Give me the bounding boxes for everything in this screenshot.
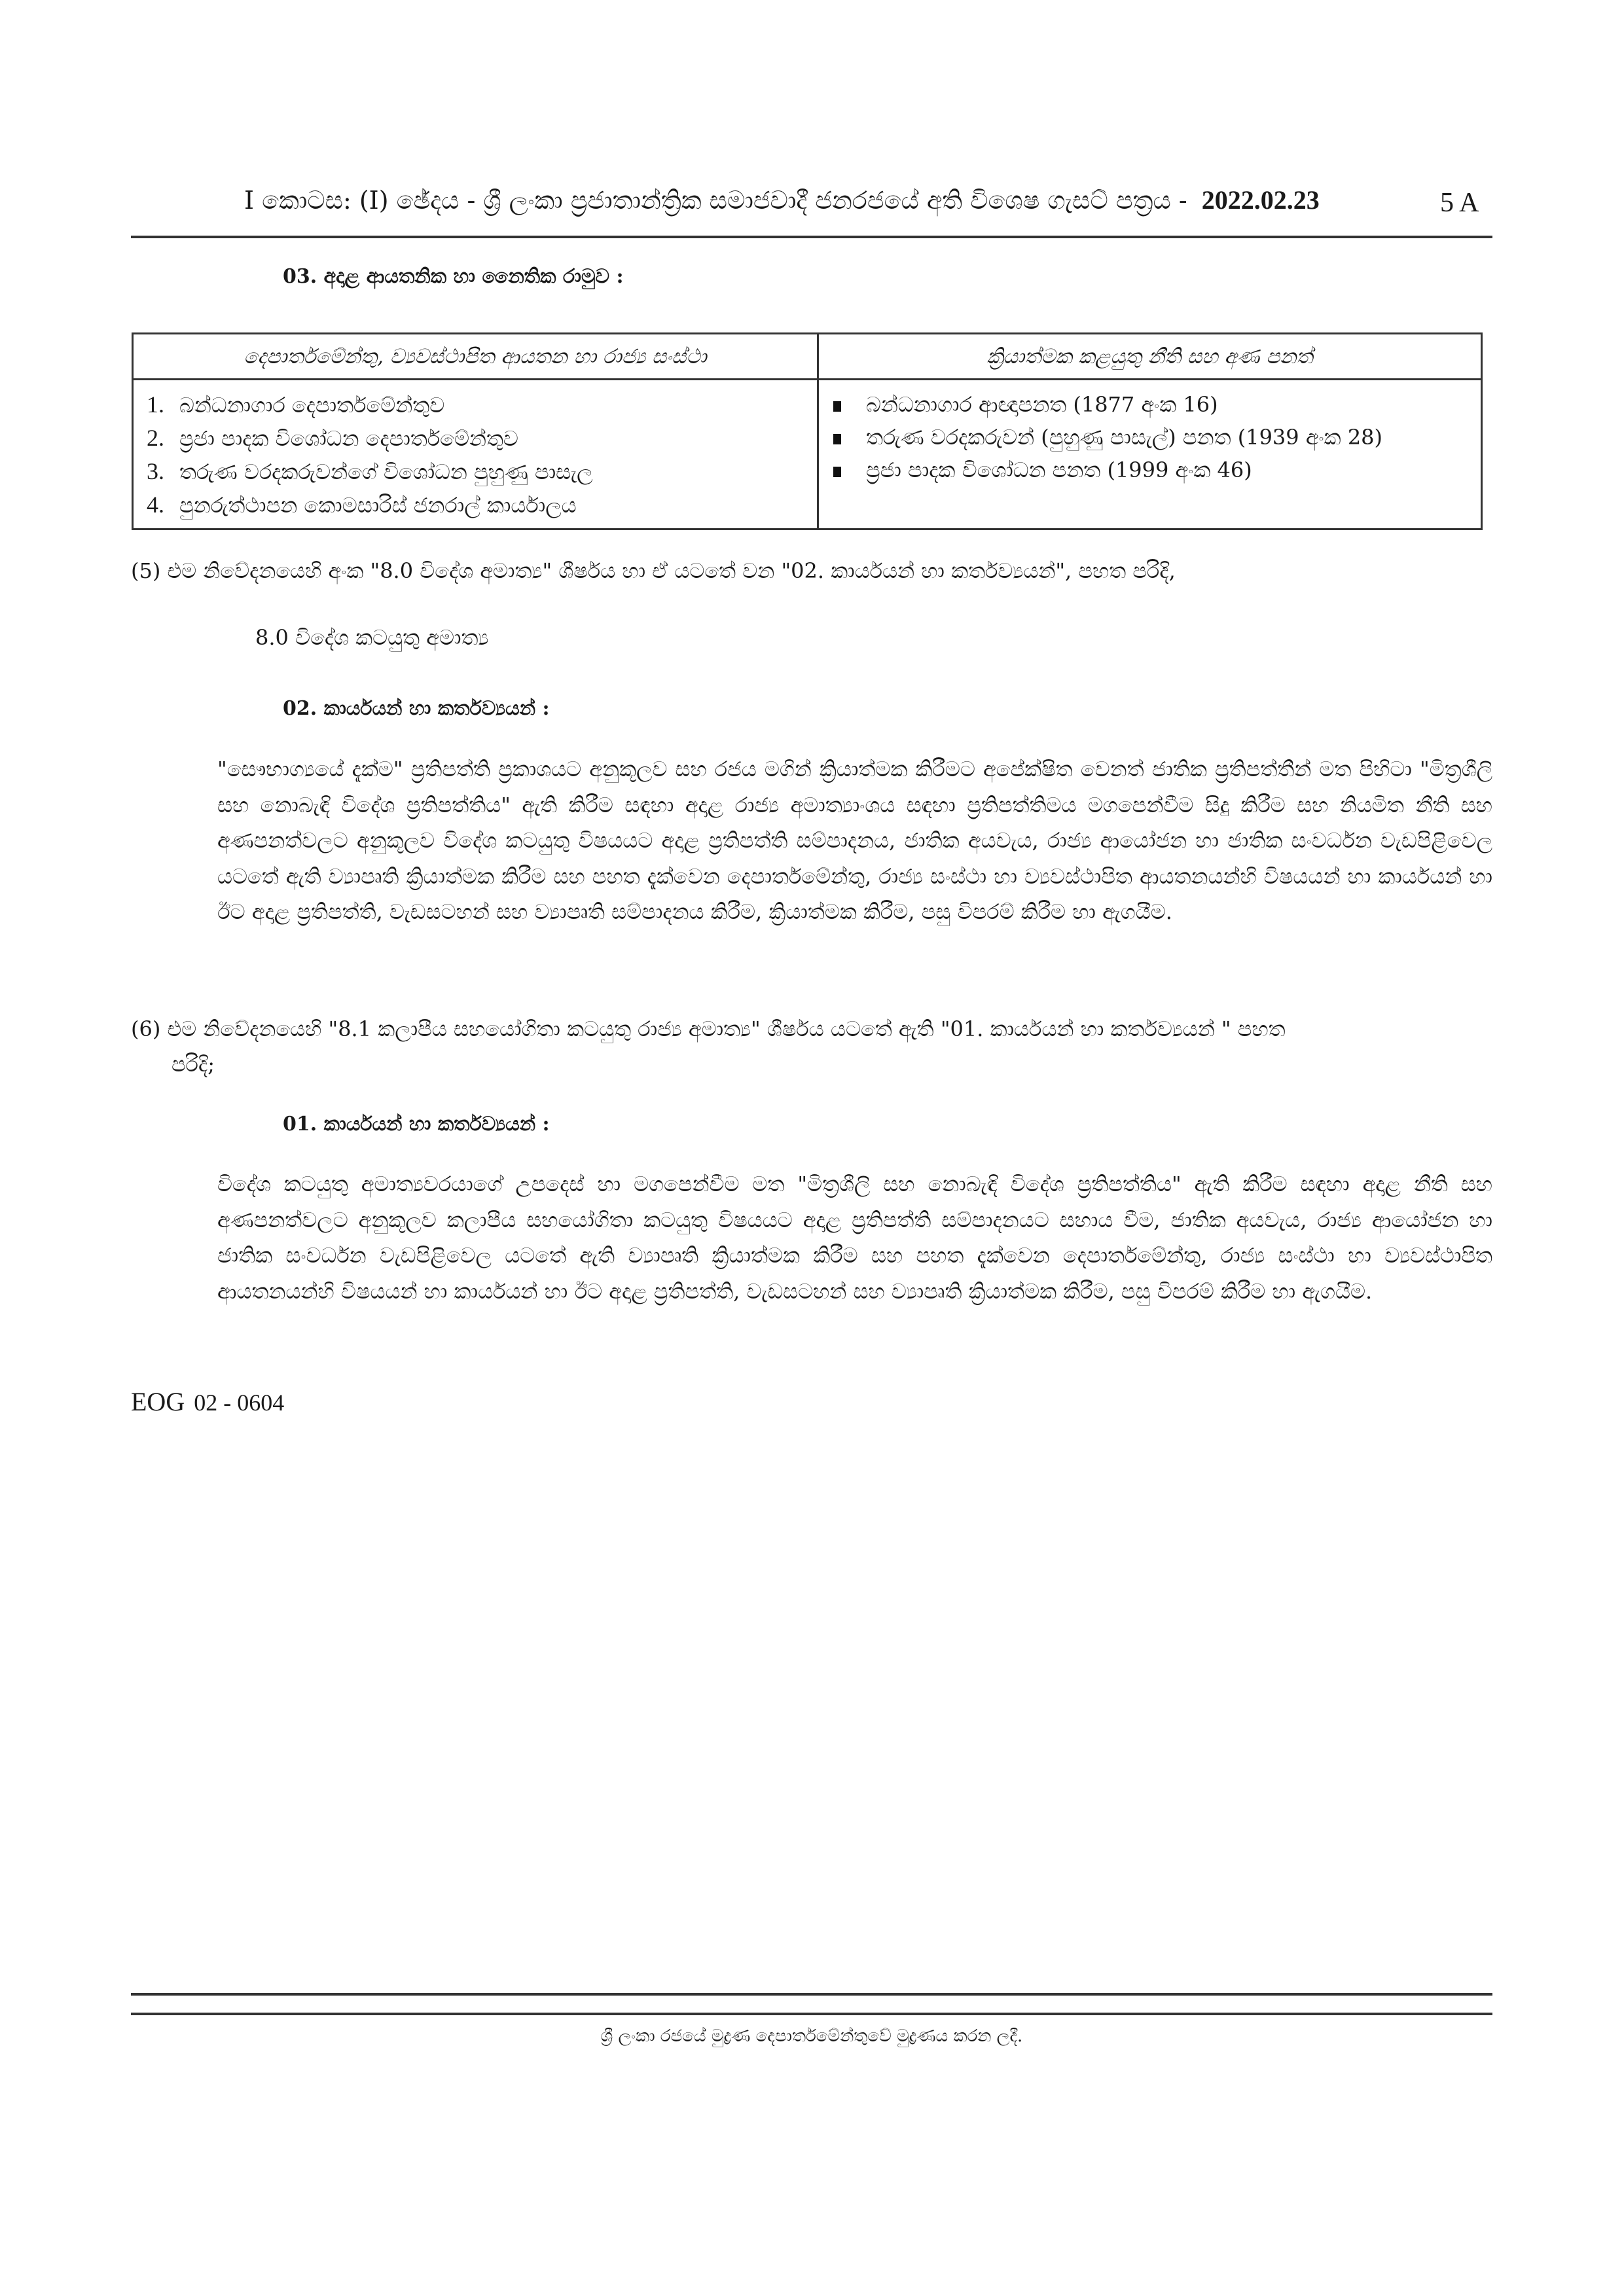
institution-item: 3.තරුණ වරදකරුවන්ගේ විශෝධන පුහුණු පාසැල (147, 455, 808, 488)
law-name: තරුණ වරදකරුවන් (පුහුණු පාසැල්) පනත (1939… (866, 425, 1382, 450)
institution-name: පුනරුත්ථාපන කොමසාරිස් ජනරාල් කාර්යාලය (179, 493, 577, 518)
institution-item: 2.ප්‍රජා පාදක විශෝධන දෙපාර්තමේන්තුව (147, 422, 808, 455)
law-item: බන්ධනාගාර ආඥාපනත (1877 අංක 16) (832, 388, 1471, 421)
footer-rule-upper (131, 1993, 1492, 1996)
section-03-heading: 03. අදාළ ආයතනික හා නෛතික රාමුව : (283, 265, 624, 288)
laws-list: බන්ධනාගාර ආඥාපනත (1877 අංක 16)තරුණ වරදකර… (832, 388, 1471, 486)
square-bullet-icon (833, 401, 841, 412)
laws-cell: බන්ධනාගාර ආඥාපනත (1877 අංක 16)තරුණ වරදකර… (818, 380, 1482, 529)
section-02-heading: 02. කාර්යයන් හා කර්තව්‍යයන් : (283, 697, 550, 720)
institution-number: 1. (147, 388, 179, 421)
square-bullet-icon (833, 467, 841, 477)
institution-name: බන්ධනාගාර දෙපාර්තමේන්තුව (179, 393, 444, 418)
square-bullet-icon (833, 434, 841, 444)
item-6-paragraph: (6) එම නිවේදනයෙහි "8.1 කලාපීය සහයෝගිතා ක… (131, 1011, 1492, 1082)
header-rule (131, 236, 1492, 238)
page-number: 5 A (1440, 187, 1479, 219)
institution-name: තරුණ වරදකරුවන්ගේ විශෝධන පුහුණු පාසැල (179, 459, 593, 484)
law-item: තරුණ වරදකරුවන් (පුහුණු පාසැල්) පනත (1939… (832, 421, 1471, 454)
institutions-cell: 1.බන්ධනාගාර දෙපාර්තමේන්තුව2.ප්‍රජා පාදක … (133, 380, 818, 529)
printer-footer: ශ්‍රී ලංකා රජයේ මුද්‍රණ දෙපාර්තමේන්තුවේ … (131, 2026, 1492, 2047)
column-header-laws: ක්‍රියාත්මක කළයුතු නීති සහ අණ පනත් (818, 334, 1482, 380)
institution-item: 1.බන්ධනාගාර දෙපාර්තමේන්තුව (147, 388, 808, 422)
gazette-running-header: I කොටස: (I) ඡේදය - ශ්‍රී ලංකා ප්‍රජාතාන්… (244, 185, 1370, 215)
header-title: I කොටස: (I) ඡේදය - ශ්‍රී ලංකා ප්‍රජාතාන්… (244, 186, 1187, 215)
item-6-text: (6) එම නිවේදනයෙහි "8.1 කලාපීය සහයෝගිතා ක… (131, 1011, 1492, 1047)
institutions-list: 1.බන්ධනාගාර දෙපාර්තමේන්තුව2.ප්‍රජා පාදක … (147, 388, 808, 522)
item-5-paragraph: (5) එම නිවේදනයෙහි අංක "8.0 විදේශ අමාත්‍ය… (131, 553, 1492, 588)
institution-name: ප්‍රජා පාදක විශෝධන දෙපාර්තමේන්තුව (179, 426, 518, 451)
ministry-subheading: 8.0 විදේශ කටයුතු අමාත්‍ය (255, 625, 488, 651)
item-5-functions-body: "සෞභාග්‍යයේ දැක්ම" ප්‍රතිපත්ති ප්‍රකාශයට… (217, 751, 1492, 930)
institution-number: 4. (147, 488, 179, 521)
law-name: ප්‍රජා පාදක විශෝධන පනත (1999 අංක 46) (866, 457, 1252, 482)
institution-number: 3. (147, 455, 179, 488)
institution-item: 4.පුනරුත්ථාපන කොමසාරිස් ජනරාල් කාර්යාලය (147, 488, 808, 522)
document-code: EOG02 - 0604 (131, 1386, 284, 1417)
header-date: 2022.02.23 (1202, 185, 1320, 215)
column-header-institutions: දෙපාර්තමේන්තු, ව්‍යවස්ථාපිත ආයතන හා රාජ්… (133, 334, 818, 380)
institutional-framework-table: දෙපාර්තමේන්තු, ව්‍යවස්ථාපිත ආයතන හා රාජ්… (132, 332, 1483, 530)
section-01-heading: 01. කාර්යයන් හා කර්තව්‍යයන් : (283, 1113, 550, 1136)
law-item: ප්‍රජා පාදක විශෝධන පනත (1999 අංක 46) (832, 454, 1471, 486)
document-code-number: 02 - 0604 (194, 1390, 284, 1416)
institution-number: 2. (147, 422, 179, 454)
item-6-text-continued: පරිදි; (131, 1047, 1492, 1082)
footer-rule-lower (131, 2013, 1492, 2015)
item-6-functions-body: විදේශ කටයුතු අමාත්‍යවරයාගේ උපදෙස් හා මගප… (217, 1166, 1492, 1309)
document-code-prefix: EOG (131, 1387, 185, 1416)
law-name: බන්ධනාගාර ආඥාපනත (1877 අංක 16) (866, 392, 1218, 417)
